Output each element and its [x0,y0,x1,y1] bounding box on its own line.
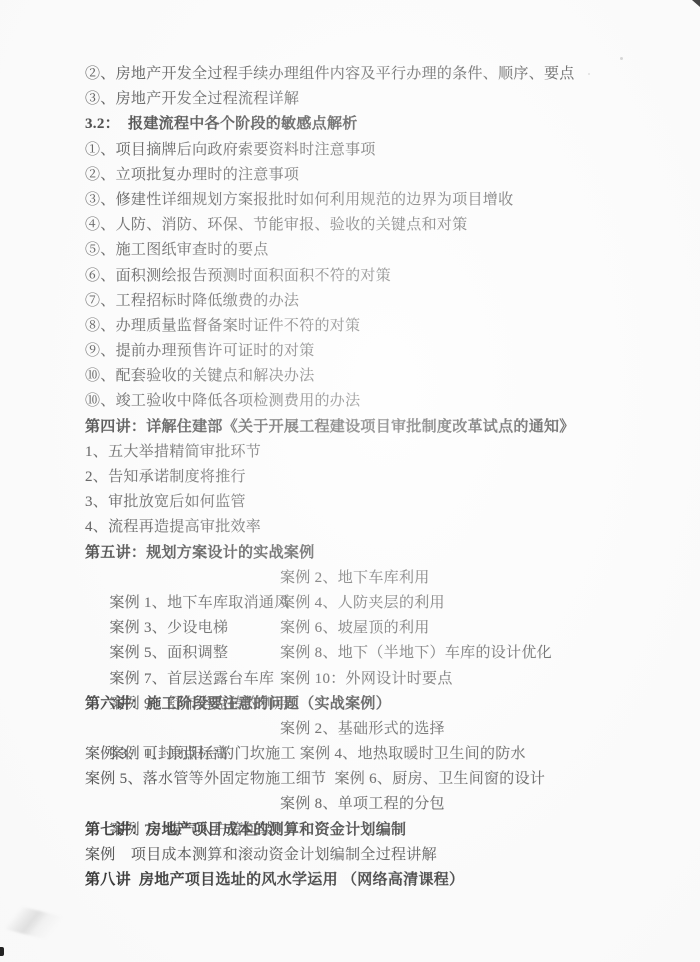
outline-item: ⑧、办理质量监督备案时证件不符的对策 [85,314,682,339]
case-item-right: 案例 8、单项工程的分包 [280,792,445,817]
scan-artifact-edge-mark [0,947,4,956]
outline-item: 1、五大举措精简审批环节 [85,440,682,465]
section-heading: 第五讲：规划方案设计的实战案例 [85,541,682,566]
scan-artifact-speck [620,57,623,60]
case-item-right: 案例 2、地下车库利用 [280,566,430,591]
case-row: 案例 5、落水管等外固定物施工细节 案例 6、厨房、卫生间窗的设计 [85,767,682,792]
case-row: 案例 1、原点标高 案例 2、基础形式的选择 [85,717,682,742]
section-heading: 第八讲 房地产项目选址的风水学运用 （网络高清课程） [85,868,682,893]
outline-item: ④、人防、消防、环保、节能审报、验收的关键点和对策 [85,213,682,238]
section-heading: 第四讲：详解住建部《关于开展工程建设项目审批制度改革试点的通知》 [85,415,682,440]
outline-item: ⑩、配套验收的关键点和解决办法 [85,364,682,389]
case-row: 案例 3、少设电梯 案例 4、人防夹层的利用 [85,591,682,616]
outline-item: ①、项目摘牌后向政府索要资料时注意事项 [85,138,682,163]
section-heading: 3.2： 报建流程中各个阶段的敏感点解析 [85,112,682,137]
scan-artifact-speck [588,73,590,75]
case-row: 案例 3、可封闭阳台的门坎施工 案例 4、地热取暖时卫生间的防水 [85,742,682,767]
scan-artifact-corner-fold [692,0,700,7]
section-heading: 第六讲：施工阶段要注意的问题（实战案例） [85,692,682,717]
case-row: 案例 7、煤气入户管包装 案例 8、单项工程的分包 [85,792,682,817]
case-item-right: 案例 2、基础形式的选择 [280,717,445,742]
case-item-right: 案例 6、坡屋顶的利用 [280,616,430,641]
scanned-page: ②、房地产开发全过程手续办理组件内容及平行办理的条件、顺序、要点 ③、房地产开发… [0,0,700,962]
section-heading: 第七讲：房地产项目成本的测算和资金计划编制 [85,818,682,843]
outline-item: 2、告知承诺制度将推行 [85,465,682,490]
outline-item: ⑥、面积测绘报告预测时面积面积不符的对策 [85,264,682,289]
outline-item: ⑨、提前办理预售许可证时的对策 [85,339,682,364]
case-row: 案例 5、面积调整 案例 6、坡屋顶的利用 [85,616,682,641]
outline-item: ⑤、施工图纸审查时的要点 [85,238,682,263]
scan-artifact-smudge [6,904,63,942]
outline-item: ③、修建性详细规划方案报批时如何利用规范的边界为项目增收 [85,188,682,213]
outline-item: ⑩、竣工验收中降低各项检测费用的办法 [85,389,682,414]
outline-item: ②、立项批复办理时的注意事项 [85,163,682,188]
outline-item: ⑦、工程招标时降低缴费的办法 [85,289,682,314]
case-item-right: 案例 8、地下（半地下）车库的设计优化 [280,641,552,666]
outline-item: 3、审批放宽后如何监管 [85,490,682,515]
outline-item: ③、房地产开发全过程流程详解 [85,87,682,112]
outline-item: ②、房地产开发全过程手续办理组件内容及平行办理的条件、顺序、要点 [85,62,682,87]
outline-item: 案例 项目成本测算和滚动资金计划编制全过程讲解 [85,843,682,868]
case-item-right: 案例 4、人防夹层的利用 [280,591,445,616]
case-row: 案例 7、首层送露台车库 案例 8、地下（半地下）车库的设计优化 [85,641,682,666]
outline-item: 4、流程再造提高审批效率 [85,515,682,540]
case-item-right: 案例 10：外网设计时要点 [280,667,453,692]
case-row: 案例 1、地下车库取消通风 案例 2、地下车库利用 [85,566,682,591]
document-content: ②、房地产开发全过程手续办理组件内容及平行办理的条件、顺序、要点 ③、房地产开发… [85,62,682,893]
case-row: 案例 9、舒布洛克砖的利用 案例 10：外网设计时要点 [85,667,682,692]
